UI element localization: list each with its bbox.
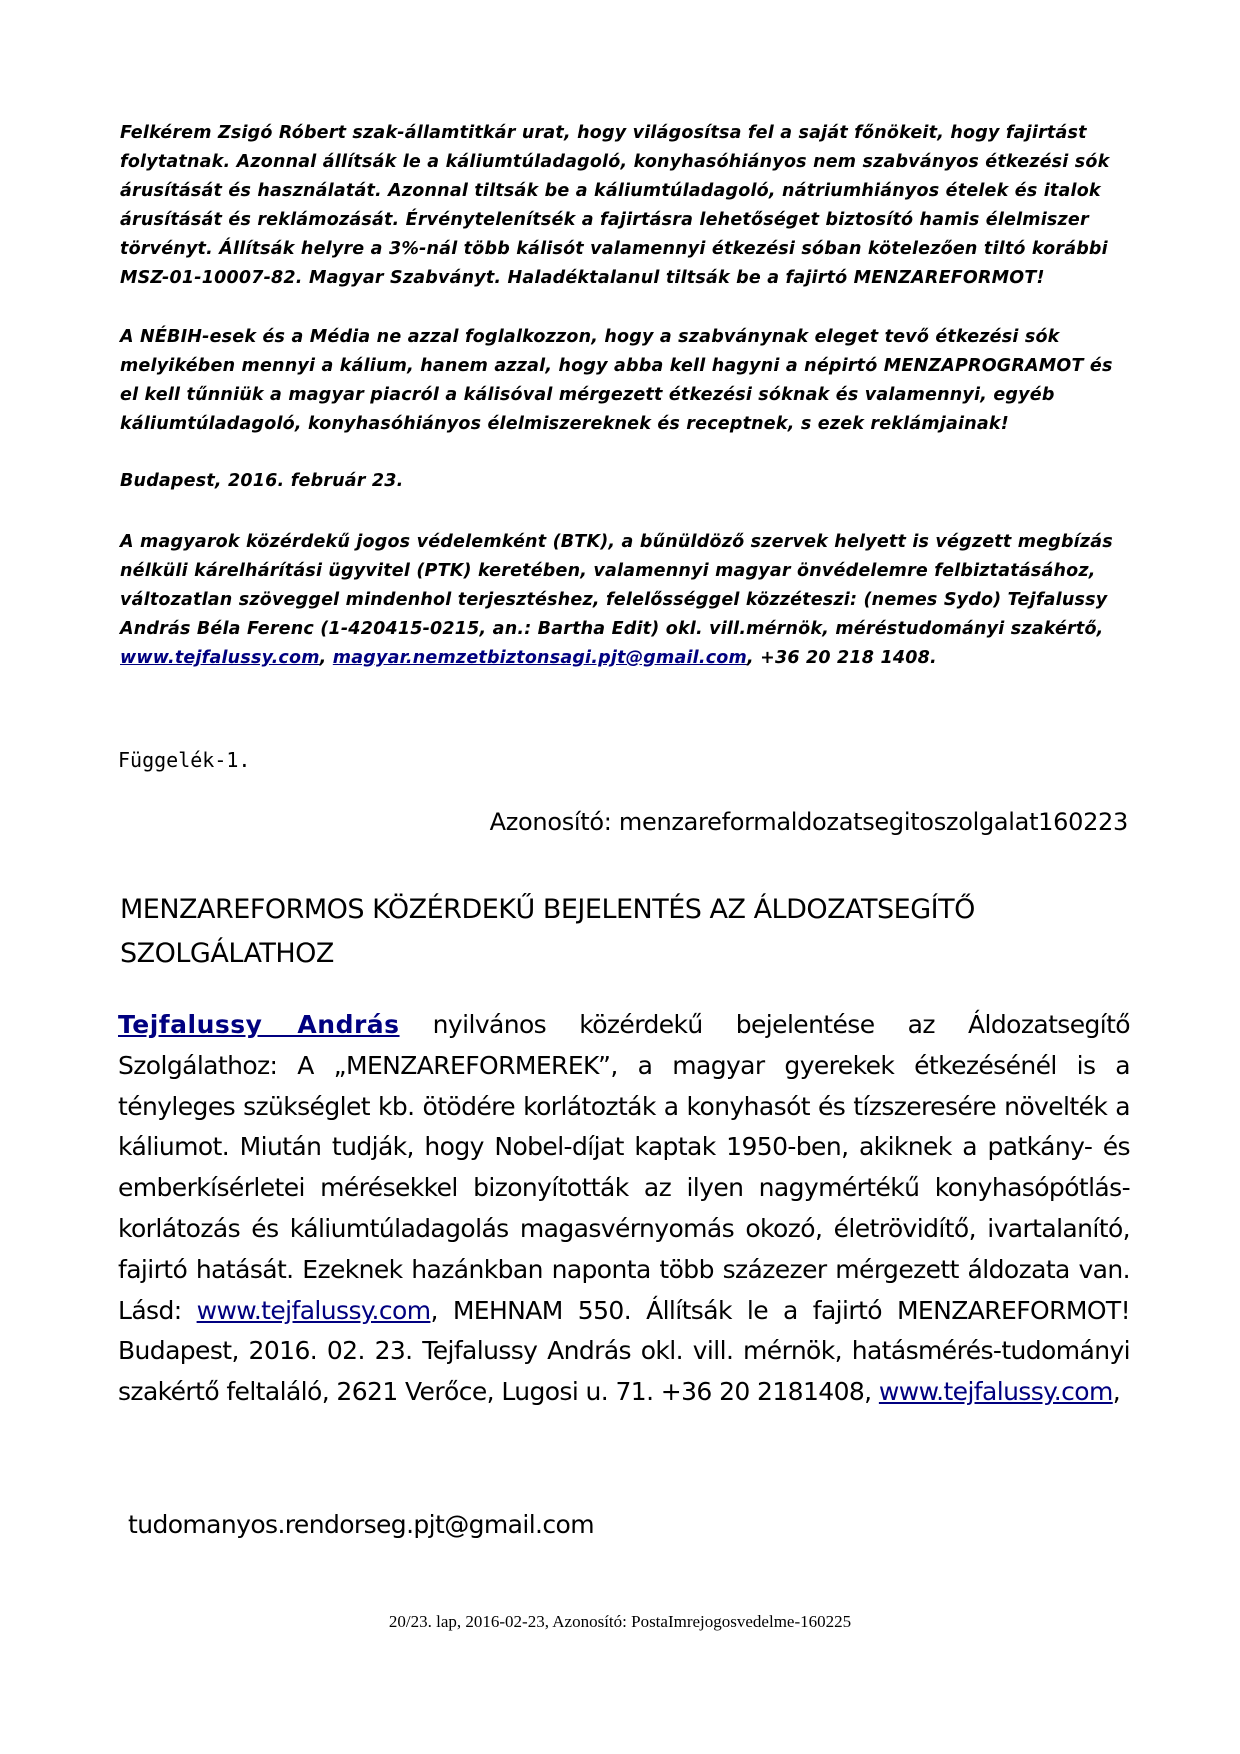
body-text: , — [1113, 1377, 1120, 1406]
publisher-text: A magyarok közérdekű jogos védelemként (… — [120, 532, 1113, 639]
date-line: Budapest, 2016. február 23. — [120, 467, 1130, 496]
website-link[interactable]: www.tejfalussy.com — [120, 648, 320, 668]
email-link[interactable]: magyar.nemzetbiztonsagi.pjt@gmail.com — [333, 648, 747, 668]
paragraph-media: A NÉBIH-esek és a Média ne azzal foglalk… — [120, 323, 1130, 439]
document-identifier: Azonosító: menzareformaldozatsegitoszolg… — [490, 808, 1128, 836]
contact-email: tudomanyos.rendorseg.pjt@gmail.com — [128, 1510, 594, 1539]
body-text: nyilvános közérdekű bejelentése az Áldoz… — [118, 1010, 1130, 1325]
date-text: Budapest, 2016. február 23. — [120, 467, 1130, 496]
section-heading: MENZAREFORMOS KÖZÉRDEKŰ BEJELENTÉS AZ ÁL… — [120, 888, 1130, 976]
paragraph-text: A NÉBIH-esek és a Média ne azzal foglalk… — [120, 323, 1130, 439]
announcement-body: Tejfalussy András nyilvános közérdekű be… — [118, 1005, 1130, 1413]
document-page: Felkérem Zsigó Róbert szak-államtitkár u… — [0, 0, 1240, 1754]
author-link[interactable]: Tejfalussy András — [118, 1010, 400, 1039]
website-link[interactable]: www.tejfalussy.com — [197, 1296, 431, 1325]
paragraph-text: Felkérem Zsigó Róbert szak-államtitkár u… — [120, 119, 1130, 293]
phone-text: , +36 20 218 1408. — [747, 648, 937, 668]
paragraph-appeal: Felkérem Zsigó Róbert szak-államtitkár u… — [120, 119, 1130, 293]
page-footer: 20/23. lap, 2016-02-23, Azonosító: Posta… — [0, 1612, 1240, 1632]
appendix-label: Függelék-1. — [118, 748, 250, 772]
separator: , — [320, 648, 333, 668]
paragraph-text: A magyarok közérdekű jogos védelemként (… — [120, 528, 1130, 673]
paragraph-publisher: A magyarok közérdekű jogos védelemként (… — [120, 528, 1130, 673]
website-link[interactable]: www.tejfalussy.com — [879, 1377, 1113, 1406]
